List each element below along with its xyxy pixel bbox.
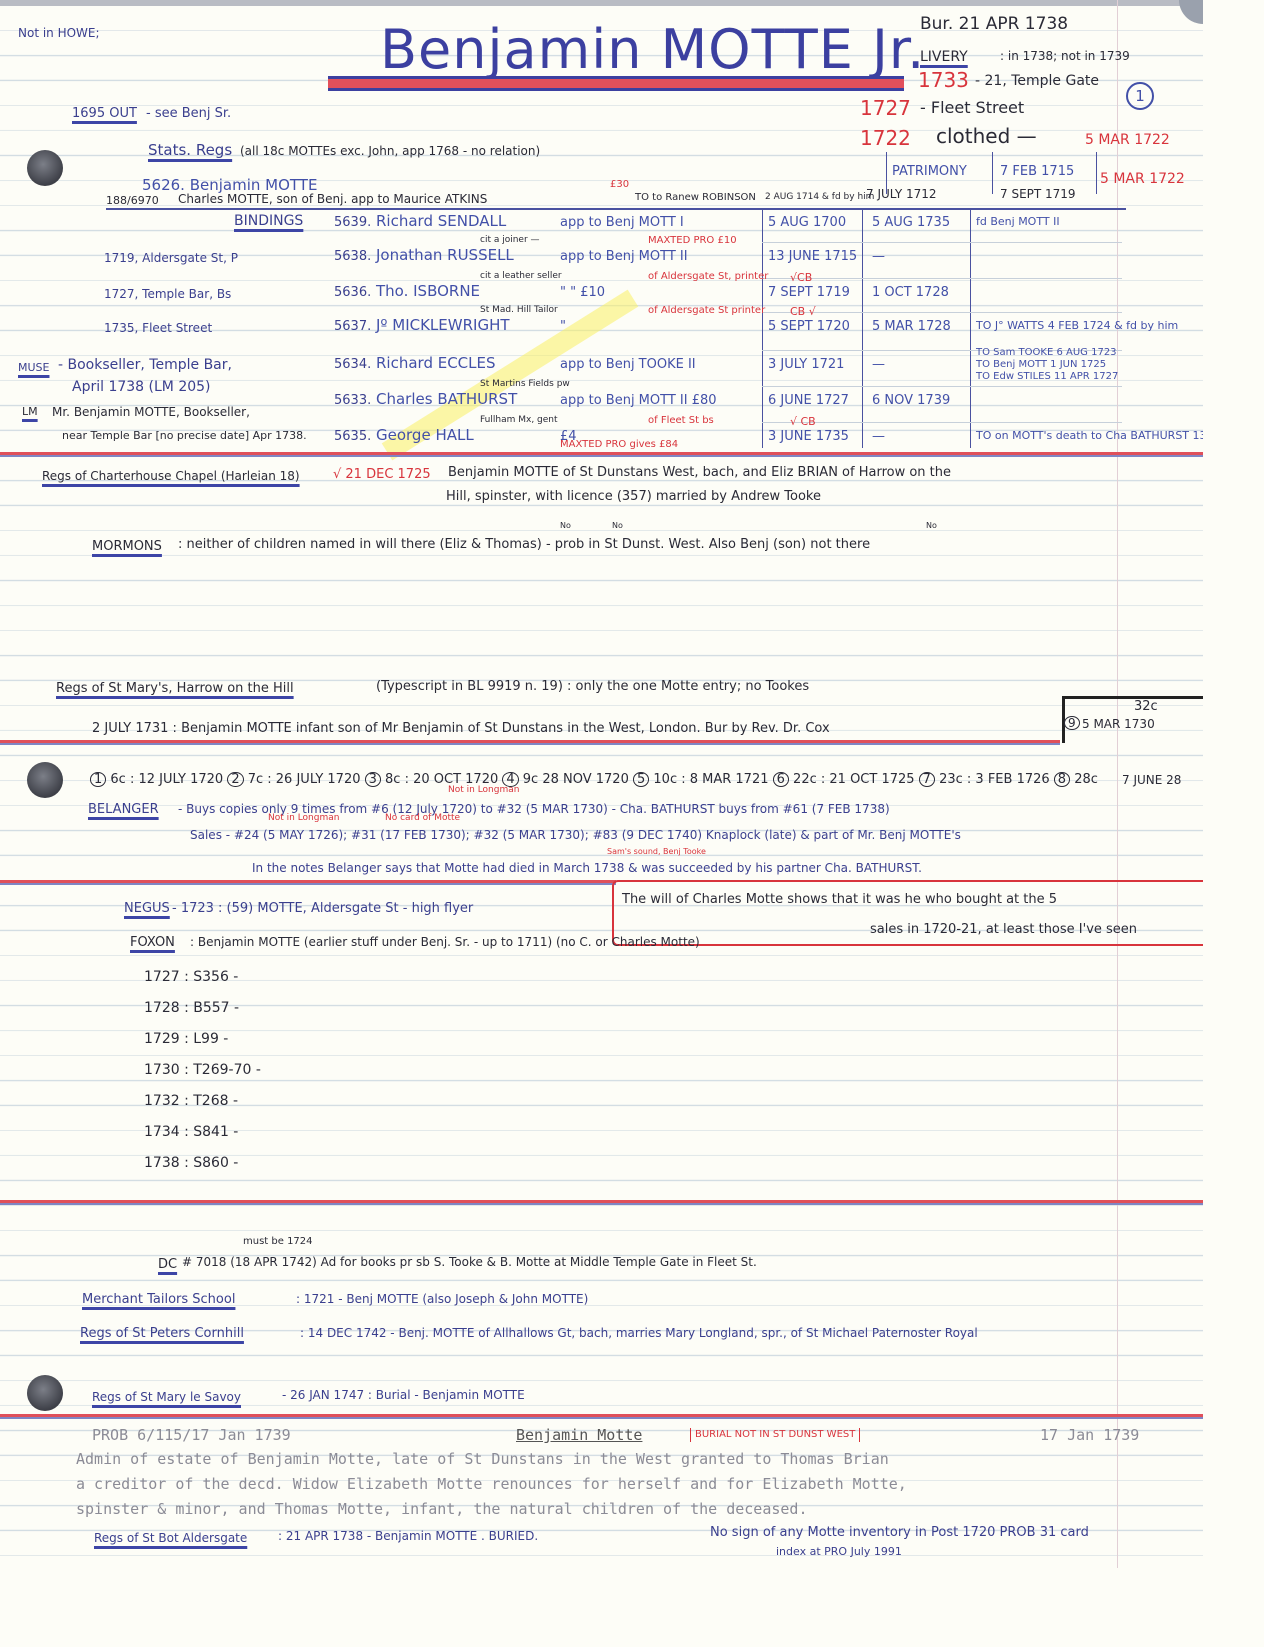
binding-date: 3 JUNE 1735 bbox=[768, 430, 849, 443]
charterhouse-text: Benjamin MOTTE of St Dunstans West, bach… bbox=[448, 466, 951, 479]
binding-address: 1719, Aldersgate St, P bbox=[104, 252, 238, 264]
page-number: 1 bbox=[1126, 82, 1154, 110]
table-row-rule bbox=[762, 278, 1122, 279]
stats-label: Stats. Regs bbox=[148, 143, 232, 158]
binder-hole bbox=[27, 150, 63, 186]
lm-text: Mr. Benjamin MOTTE, Bookseller, bbox=[52, 406, 250, 418]
harrow-text: (Typescript in BL 9919 n. 19) : only the… bbox=[376, 680, 809, 693]
charterhouse-text-2: Hill, spinster, with licence (357) marri… bbox=[446, 490, 821, 503]
binding-remarks: TO on MOTT's death to Cha BATHURST 13 NO… bbox=[976, 430, 1203, 441]
muse-text-2: April 1738 (LM 205) bbox=[72, 380, 211, 394]
binding-number: 5639. bbox=[334, 216, 371, 229]
dc-label: DC bbox=[158, 1258, 177, 1271]
binding-freed: — bbox=[872, 250, 885, 263]
binding-remarks: TO Edw STILES 11 APR 1727 bbox=[976, 372, 1118, 382]
binding-note: cit a leather seller bbox=[480, 272, 562, 281]
table-divider bbox=[762, 208, 763, 448]
dc-note: must be 1724 bbox=[243, 1237, 313, 1247]
sale-entry: 9c 28 NOV 1720 bbox=[519, 772, 633, 787]
table-rule bbox=[106, 208, 1126, 210]
binding-master: " bbox=[560, 320, 566, 333]
margin-note: Not in HOWE; bbox=[18, 27, 100, 39]
binding-freed: 5 AUG 1735 bbox=[872, 216, 950, 229]
patrimony-date: 7 JULY 1712 bbox=[866, 188, 937, 200]
charterhouse-label: Regs of Charterhouse Chapel (Harleian 18… bbox=[42, 470, 300, 482]
binding-apprentice: Richard ECCLES bbox=[376, 356, 496, 371]
sale-9-number: 9 bbox=[1064, 716, 1080, 730]
binding-apprentice: Charles BATHURST bbox=[376, 392, 517, 407]
binding-date: 3 JULY 1721 bbox=[768, 358, 844, 371]
binding-master: app to Benj MOTT II bbox=[560, 250, 688, 263]
charles-to: TO to Ranew ROBINSON bbox=[635, 193, 756, 203]
prob-date: 17 Jan 1739 bbox=[1040, 1428, 1139, 1443]
bindings-label: BINDINGS bbox=[234, 214, 303, 228]
will-note-line-2: sales in 1720-21, at least those I've se… bbox=[870, 923, 1137, 936]
binding-remarks: TO Sam TOOKE 6 AUG 1723 bbox=[976, 348, 1117, 358]
page-title: Benjamin MOTTE Jr. bbox=[380, 18, 925, 81]
sale-8-date: 7 JUNE 28 bbox=[1122, 774, 1181, 786]
binding-freed: — bbox=[872, 358, 885, 371]
charles-date: 2 AUG 1714 & fd by him bbox=[765, 193, 874, 202]
burial-date: Bur. 21 APR 1738 bbox=[920, 16, 1068, 33]
no-mark: No bbox=[926, 522, 937, 530]
stats-text: (all 18c MOTTEs exc. John, app 1768 - no… bbox=[240, 145, 540, 157]
will-note-line-1: The will of Charles Motte shows that it … bbox=[622, 893, 1057, 906]
binding-number: 5634. bbox=[334, 358, 371, 371]
foxon-entry: 1734 : S841 - bbox=[144, 1125, 238, 1139]
feb-date: 7 FEB 1715 bbox=[1000, 165, 1074, 178]
st-botolph-note: No sign of any Motte inventory in Post 1… bbox=[710, 1526, 1089, 1539]
binding-freed: — bbox=[872, 430, 885, 443]
title-underline bbox=[328, 76, 904, 91]
binding-remarks: TO J° WATTS 4 FEB 1724 & fd by him bbox=[976, 320, 1178, 331]
sale-9-count: 32c bbox=[1134, 700, 1158, 713]
foxon-entry: 1728 : B557 - bbox=[144, 1001, 239, 1015]
st-botolph-note-2: index at PRO July 1991 bbox=[776, 1546, 902, 1557]
address-text: - Fleet Street bbox=[920, 100, 1024, 116]
binding-note-red: of Fleet St bs bbox=[648, 416, 714, 426]
binding-note-red: MAXTED PRO gives £84 bbox=[560, 440, 678, 450]
section-divider bbox=[0, 880, 616, 883]
foxon-entry: 1729 : L99 - bbox=[144, 1032, 228, 1046]
sale-entry: 22c : 21 OCT 1725 bbox=[789, 772, 919, 787]
section-divider bbox=[0, 1414, 1203, 1417]
binding-master: " " £10 bbox=[560, 286, 605, 299]
sale-entry: 10c : 8 MAR 1721 bbox=[649, 772, 772, 787]
sale-entry: 7c : 26 JULY 1720 bbox=[244, 772, 365, 787]
foxon-entry: 1732 : T268 - bbox=[144, 1094, 238, 1108]
belanger-label: BELANGER bbox=[88, 803, 159, 816]
negus-label: NEGUS bbox=[124, 902, 170, 915]
charles-ref: 188/6970 bbox=[106, 195, 159, 206]
table-row-rule bbox=[762, 242, 1122, 243]
muse-text: - Bookseller, Temple Bar, bbox=[58, 358, 232, 372]
savoy-label: Regs of St Mary le Savoy bbox=[92, 1391, 241, 1403]
table-row-rule bbox=[762, 386, 1122, 387]
address-year: 1733 bbox=[918, 70, 969, 90]
dc-text: # 7018 (18 APR 1742) Ad for books pr sb … bbox=[182, 1256, 757, 1268]
binding-date: 13 JUNE 1715 bbox=[768, 250, 857, 263]
binding-remarks: fd Benj MOTT II bbox=[976, 216, 1060, 227]
st-botolph-text: : 21 APR 1738 - Benjamin MOTTE . BURIED. bbox=[278, 1530, 538, 1542]
binding-address: 1727, Temple Bar, Bs bbox=[104, 288, 231, 300]
binding-check: CB √ bbox=[790, 306, 816, 317]
binding-freed: 1 OCT 1728 bbox=[872, 286, 949, 299]
table-divider bbox=[886, 152, 887, 194]
merchant-text: : 1721 - Benj MOTTE (also Joseph & John … bbox=[296, 1293, 588, 1305]
binding-apprentice: Richard SENDALL bbox=[376, 214, 506, 229]
binding-apprentice: Jº MICKLEWRIGHT bbox=[376, 318, 510, 333]
binding-note: St Martins Fields pw bbox=[480, 380, 570, 389]
binding-number: 5637. bbox=[334, 320, 371, 333]
prob-line-3: spinster & minor, and Thomas Motte, infa… bbox=[76, 1502, 808, 1517]
clothed-date: 5 MAR 1722 bbox=[1085, 133, 1170, 147]
foxon-label: FOXON bbox=[130, 936, 175, 949]
belanger-note-32: Sam's sound, Benj Tooke bbox=[607, 848, 706, 856]
binding-date: 5 SEPT 1720 bbox=[768, 320, 850, 333]
belanger-note: Not in Longman bbox=[448, 786, 519, 795]
mormons-text: : neither of children named in will ther… bbox=[178, 538, 870, 551]
belanger-line-2: Sales - #24 (5 MAY 1726); #31 (17 FEB 17… bbox=[190, 829, 961, 841]
sept-date: 7 SEPT 1719 bbox=[1000, 188, 1076, 200]
table-divider bbox=[862, 208, 863, 448]
mormons-label: MORMONS bbox=[92, 540, 162, 553]
prob-ref: PROB 6/115/17 Jan 1739 bbox=[92, 1428, 291, 1443]
prob-name: Benjamin Motte bbox=[516, 1428, 642, 1443]
section-divider bbox=[0, 452, 1203, 455]
foxon-entry: 1727 : S356 - bbox=[144, 970, 238, 984]
no-mark: No bbox=[560, 522, 571, 530]
table-divider bbox=[970, 208, 971, 448]
binding-master: app to Benj MOTT I bbox=[560, 216, 684, 229]
binding-number: 5638. bbox=[334, 250, 371, 263]
charles-fee: £30 bbox=[610, 180, 629, 190]
table-divider bbox=[992, 152, 993, 194]
address-text: clothed — bbox=[936, 126, 1037, 146]
binding-master: app to Benj TOOKE II bbox=[560, 358, 696, 371]
prob-line-2: a creditor of the decd. Widow Elizabeth … bbox=[76, 1477, 907, 1492]
table-row-rule bbox=[762, 312, 1122, 313]
sale-number: 6 bbox=[773, 772, 789, 787]
sale-entry: 6c : 12 JULY 1720 bbox=[106, 772, 227, 787]
binding-note: Fullham Mx, gent bbox=[480, 416, 558, 425]
st-peters-text: : 14 DEC 1742 - Benj. MOTTE of Allhallow… bbox=[300, 1327, 978, 1339]
binding-freed: 5 MAR 1728 bbox=[872, 320, 951, 333]
sales-list: 1 6c : 12 JULY 1720 2 7c : 26 JULY 1720 … bbox=[90, 772, 1098, 787]
address-text: - 21, Temple Gate bbox=[975, 74, 1099, 88]
mar-date: 5 MAR 1722 bbox=[1100, 172, 1185, 186]
binding-note-red: of Aldersgate St printer bbox=[648, 306, 765, 316]
binding-note: cit a joiner — bbox=[480, 236, 540, 245]
margin-line bbox=[1117, 0, 1118, 1568]
binding-check: √ CB bbox=[790, 416, 816, 427]
prob-note: BURIAL NOT IN ST DUNST WEST bbox=[690, 1428, 860, 1442]
binding-apprentice: Jonathan RUSSELL bbox=[376, 248, 514, 263]
binding-note-red: MAXTED PRO £10 bbox=[648, 236, 737, 246]
patrimony-label: PATRIMONY bbox=[892, 165, 967, 178]
binding-apprentice: George HALL bbox=[376, 428, 474, 443]
st-peters-label: Regs of St Peters Cornhill bbox=[80, 1327, 244, 1340]
sale-entry: 28c bbox=[1070, 772, 1098, 787]
livery-text: : in 1738; not in 1739 bbox=[1000, 50, 1130, 62]
sale-number: 7 bbox=[919, 772, 935, 787]
sale-number: 8 bbox=[1054, 772, 1070, 787]
out-text: - see Benj Sr. bbox=[146, 107, 231, 120]
binding-note: St Mad. Hill Tailor bbox=[480, 306, 558, 315]
sale-number: 1 bbox=[90, 772, 106, 787]
no-mark: No bbox=[612, 522, 623, 530]
binding-note-red: of Aldersgate St, printer bbox=[648, 272, 768, 282]
savoy-text: - 26 JAN 1747 : Burial - Benjamin MOTTE bbox=[282, 1389, 525, 1401]
page-corner bbox=[1179, 0, 1203, 24]
merchant-label: Merchant Tailors School bbox=[82, 1293, 235, 1306]
section-divider bbox=[0, 740, 1060, 743]
binding-address: 1735, Fleet Street bbox=[104, 322, 212, 334]
muse-label: MUSE bbox=[18, 362, 49, 373]
binding-date: 7 SEPT 1719 bbox=[768, 286, 850, 299]
table-divider bbox=[1096, 152, 1097, 194]
foxon-entry: 1738 : S860 - bbox=[144, 1156, 238, 1170]
address-year: 1722 bbox=[860, 128, 911, 148]
sale-9-date: 5 MAR 1730 bbox=[1082, 718, 1155, 730]
address-year: 1727 bbox=[860, 98, 911, 118]
table-row-rule bbox=[762, 422, 1122, 423]
binding-master: app to Benj MOTT II £80 bbox=[560, 394, 717, 407]
binding-date: 5 AUG 1700 bbox=[768, 216, 846, 229]
notebook-page: Not in HOWE; Benjamin MOTTE Jr. Bur. 21 … bbox=[0, 0, 1203, 1568]
binding-number: 5633. bbox=[334, 394, 371, 407]
binder-hole bbox=[27, 1375, 63, 1411]
sale-number: 2 bbox=[227, 772, 243, 787]
livery-label: LIVERY bbox=[920, 50, 968, 64]
binding-apprentice: Tho. ISBORNE bbox=[376, 284, 480, 299]
binder-hole bbox=[27, 762, 63, 798]
sale-number: 3 bbox=[365, 772, 381, 787]
lm-text-2: near Temple Bar [no precise date] Apr 17… bbox=[62, 430, 307, 441]
charles-text: Charles MOTTE, son of Benj. app to Mauri… bbox=[178, 193, 487, 205]
binding-check: √CB bbox=[790, 272, 812, 283]
st-botolph-label: Regs of St Bot Aldersgate bbox=[94, 1532, 247, 1544]
binding-freed: 6 NOV 1739 bbox=[872, 394, 950, 407]
sale-number: 5 bbox=[633, 772, 649, 787]
harrow-entry: 2 JULY 1731 : Benjamin MOTTE infant son … bbox=[92, 722, 830, 735]
sale-entry: 23c : 3 FEB 1726 bbox=[935, 772, 1054, 787]
foxon-text: : Benjamin MOTTE (earlier stuff under Be… bbox=[190, 936, 700, 948]
out-label: 1695 OUT bbox=[72, 107, 137, 120]
prob-line-1: Admin of estate of Benjamin Motte, late … bbox=[76, 1452, 889, 1467]
lm-label: LM bbox=[22, 406, 38, 417]
charterhouse-date: √ 21 DEC 1725 bbox=[333, 468, 431, 481]
harrow-label: Regs of St Mary's, Harrow on the Hill bbox=[56, 682, 294, 695]
negus-text: - 1723 : (59) MOTTE, Aldersgate St - hig… bbox=[172, 902, 473, 915]
binding-number: 5636. bbox=[334, 286, 371, 299]
belanger-note-31: No card of Motte bbox=[385, 814, 460, 823]
foxon-entry: 1730 : T269-70 - bbox=[144, 1063, 261, 1077]
belanger-line-3: In the notes Belanger says that Motte ha… bbox=[252, 862, 922, 874]
entry-5626: 5626. Benjamin MOTTE bbox=[142, 178, 317, 193]
section-divider bbox=[0, 1200, 1203, 1203]
binding-remarks: TO Benj MOTT 1 JUN 1725 bbox=[976, 360, 1106, 370]
binding-date: 6 JUNE 1727 bbox=[768, 394, 849, 407]
scan-edge bbox=[0, 0, 1203, 6]
binding-number: 5635. bbox=[334, 430, 371, 443]
belanger-note-24: Not in Longman bbox=[268, 814, 339, 823]
